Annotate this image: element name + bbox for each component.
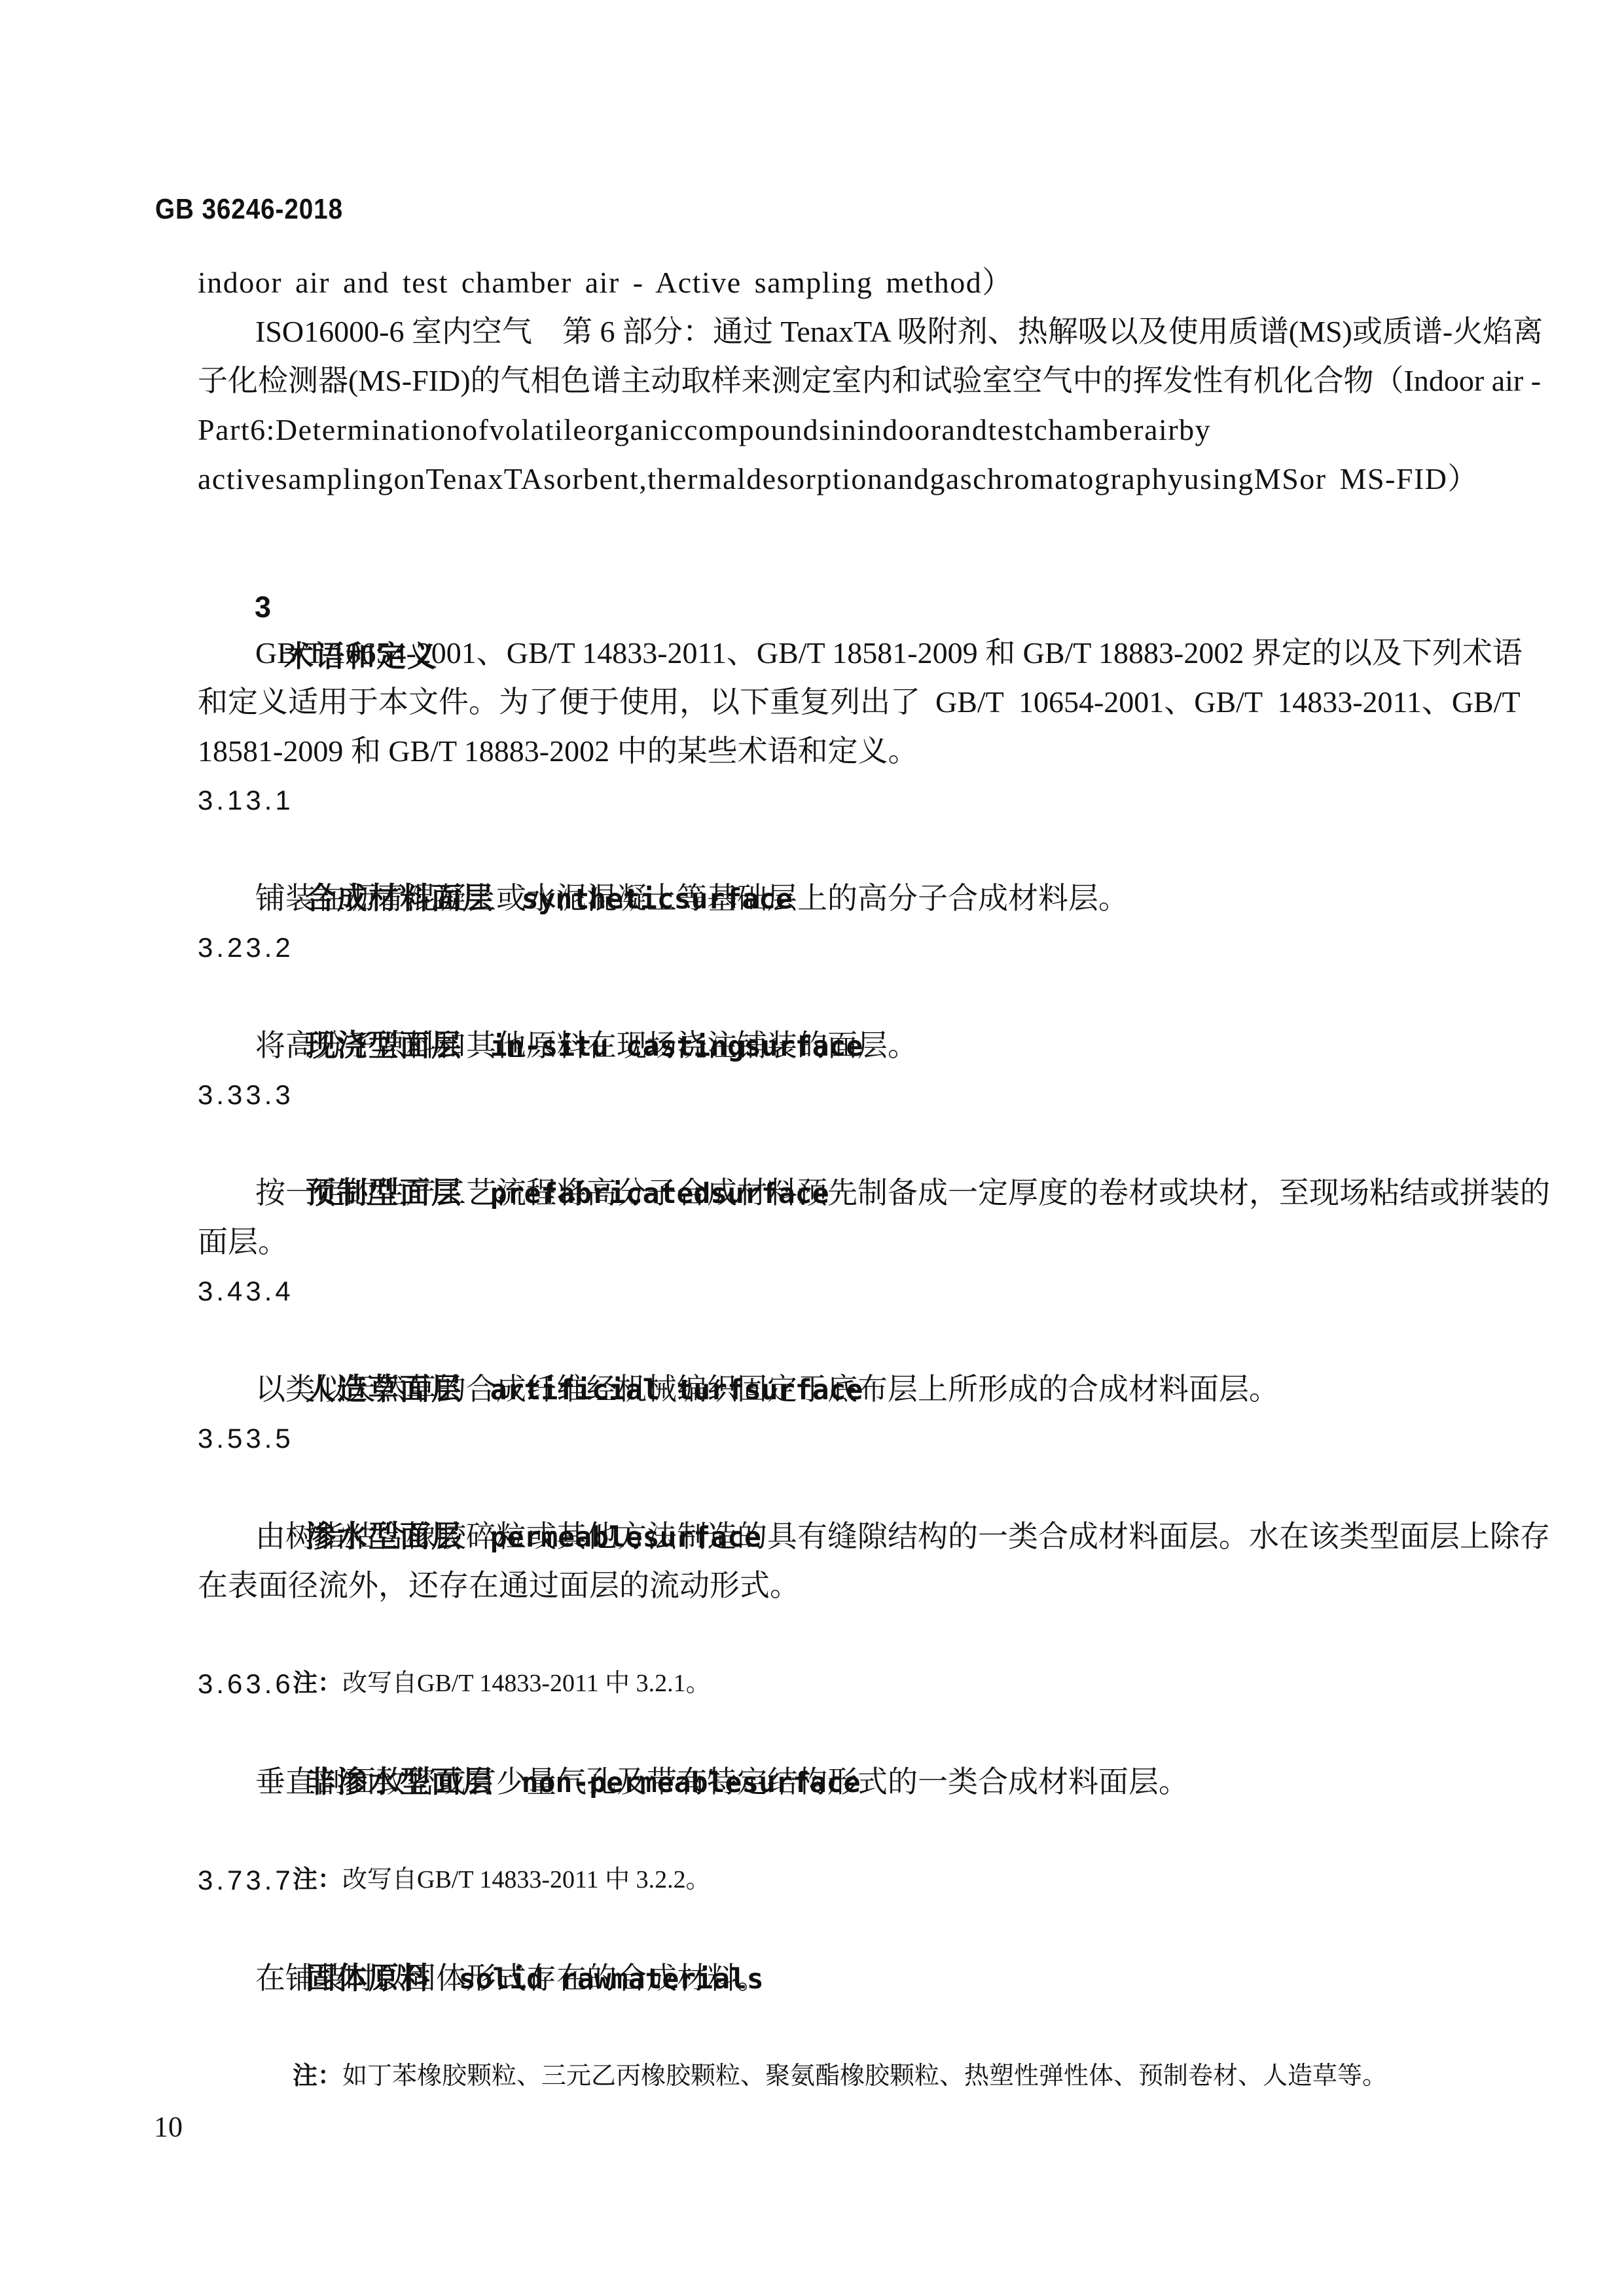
clause-number: 3.53.5 — [198, 1414, 1513, 1463]
note-label: 注： — [293, 2062, 342, 2090]
standard-code-header: GB 36246-2018 — [155, 194, 343, 225]
term-line: 非渗水型面层non-permeablesurface — [198, 1708, 1513, 1757]
definition-line: 以类似天然草的合成纤维经机械编织固定于底布层上所形成的合成材料面层。 — [198, 1365, 1513, 1414]
section-number: 3 — [255, 590, 272, 624]
term-line: 现浇型面层in-situ castingsurface — [198, 972, 1513, 1021]
note-label: 注： — [293, 1866, 342, 1893]
definition-line: 面层。 — [198, 1217, 1513, 1266]
section-paragraph-line: GB/T 10654-2001、GB/T 14833-2011、GB/T 185… — [198, 628, 1513, 677]
intro-line: Part6:Determinationofvolatileorganiccomp… — [198, 405, 1513, 454]
note-line: 注：改写自GB/T 14833-2011 中 3.2.1。 — [198, 1610, 1513, 1659]
note-line: 注：改写自GB/T 14833-2011 中 3.2.2。 — [198, 1806, 1513, 1856]
definition-line: 由树脂粘合橡胶碎粒或其他方法制造的具有缝隙结构的一类合成材料面层。水在该类型面层… — [198, 1512, 1513, 1561]
section-heading: 3 术语和定义 — [198, 533, 1513, 583]
note-text: 改写自GB/T 14833-2011 中 3.2.1。 — [342, 1670, 711, 1697]
term-line: 人造草面层artificial turfsurface — [198, 1316, 1513, 1365]
text-column: indoor air and test chamber air - Active… — [198, 258, 1513, 2052]
note-text: 如丁苯橡胶颗粒、三元乙丙橡胶颗粒、聚氨酯橡胶颗粒、热塑性弹性体、预制卷材、人造草… — [342, 2062, 1387, 2090]
clause-number: 3.43.4 — [198, 1266, 1513, 1316]
intro-line: indoor air and test chamber air - Active… — [198, 258, 1513, 307]
definition-line: 将高分子原料和其他原料在现场浇注铺装的面层。 — [198, 1021, 1513, 1070]
term-line: 预制型面层prefabricatedsurface — [198, 1119, 1513, 1168]
intro-line: 子化检测器(MS-FID)的气相色谱主动取样来测定室内和试验室空气中的挥发性有机… — [198, 356, 1513, 405]
definition-line: 在表面径流外，还存在通过面层的流动形式。 — [198, 1561, 1513, 1610]
term-line: 渗水型面层permeablesurface — [198, 1463, 1513, 1512]
note-label: 注： — [293, 1670, 342, 1697]
definition-line: 铺装在沥青混凝土或水泥混凝土等基础层上的高分子合成材料层。 — [198, 874, 1513, 923]
clause-number: 3.13.1 — [198, 776, 1513, 825]
page-number: 10 — [154, 2111, 183, 2143]
section-paragraph-line: 18581-2009 和 GB/T 18883-2002 中的某些术语和定义。 — [198, 726, 1513, 776]
term-line: 合成材料面层syntheticsurface — [198, 825, 1513, 874]
clause-number: 3.33.3 — [198, 1070, 1513, 1119]
document-page: GB 36246-2018 indoor air and test chambe… — [0, 0, 1624, 2296]
clause-number: 3.23.2 — [198, 923, 1513, 972]
definition-line: 垂直剖面致密或有少量气孔及带有特定结构形式的一类合成材料面层。 — [198, 1757, 1513, 1806]
note-line: 注：如丁苯橡胶颗粒、三元乙丙橡胶颗粒、聚氨酯橡胶颗粒、热塑性弹性体、预制卷材、人… — [198, 2003, 1513, 2052]
term-line: 固体原料solid rawmaterials — [198, 1905, 1513, 1954]
intro-line: activesamplingonTenaxTAsorbent,thermalde… — [198, 454, 1513, 503]
definition-line: 按一定的生产工艺流程将高分子合成材料预先制备成一定厚度的卷材或块材，至现场粘结或… — [198, 1168, 1513, 1217]
definition-line: 在铺装时以固体形式存在的合成材料。 — [198, 1954, 1513, 2003]
intro-line: ISO16000-6 室内空气 第 6 部分：通过 TenaxTA 吸附剂、热解… — [198, 307, 1513, 356]
note-text: 改写自GB/T 14833-2011 中 3.2.2。 — [342, 1866, 711, 1893]
section-paragraph-line: 和定义适用于本文件。为了便于使用，以下重复列出了 GB/T 10654-2001… — [198, 677, 1513, 726]
